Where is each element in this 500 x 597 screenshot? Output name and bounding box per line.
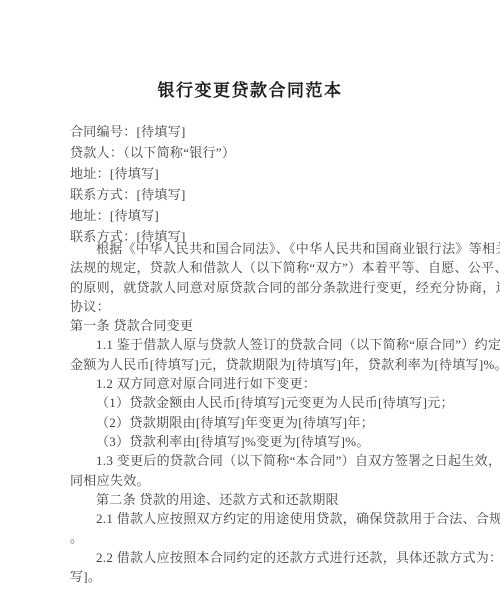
document-line: （3）贷款利率由[待填写]%变更为[待填写]%。 [70, 432, 438, 451]
document-title: 银行变更贷款合同范本 [0, 76, 500, 101]
document-line: （2）贷款期限由[待填写]年变更为[待填写]年； [70, 413, 438, 432]
document-line: 1.2 双方同意对原合同进行如下变更： [70, 374, 438, 393]
document-line: 2.1 借款人应按照双方约定的用途使用贷款，确保贷款用于合法、合规的支出 [70, 509, 438, 528]
document-line: 贷款人：（以下简称“银行”） [70, 142, 438, 163]
document-line: 法规的规定，贷款人和借款人（以下简称“双方”）本着平等、自愿、公平、诚信 [70, 258, 438, 277]
document-line: 金额为人民币[待填写]元，贷款期限为[待填写]年，贷款利率为[待填写]%。 [70, 355, 438, 374]
document-line: 合同编号：[待填写] [70, 121, 438, 142]
contract-header-block: 合同编号：[待填写]贷款人：（以下简称“银行”）地址：[待填写]联系方式：[待填… [70, 121, 438, 247]
document-line: 写]。 [70, 567, 438, 586]
document-line: 2.2 借款人应按照本合同约定的还款方式进行还款，具体还款方式为：[待填 [70, 548, 438, 567]
contract-body-block: 根据《中华人民共和国合同法》、《中华人民共和国商业银行法》等相关法律法规的规定，… [70, 239, 438, 586]
document-line: 协议： [70, 297, 438, 316]
document-line: 第二条 贷款的用途、还款方式和还款期限 [70, 490, 438, 509]
document-line: 1.1 鉴于借款人原与贷款人签订的贷款合同（以下简称“原合同”）约定贷款 [70, 335, 438, 354]
document-line: （1）贷款金额由人民币[待填写]元变更为人民币[待填写]元； [70, 393, 438, 412]
document-line: 1.3 变更后的贷款合同（以下简称“本合同”）自双方签署之日起生效，原合 [70, 451, 438, 470]
document-line: 联系方式：[待填写] [70, 184, 438, 205]
document-line: 的原则，就贷款人同意对原贷款合同的部分条款进行变更，经充分协商，达成如下 [70, 278, 438, 297]
document-page: 银行变更贷款合同范本 合同编号：[待填写]贷款人：（以下简称“银行”）地址：[待… [0, 0, 500, 597]
document-line: 地址：[待填写] [70, 163, 438, 184]
document-line: 地址：[待填写] [70, 205, 438, 226]
document-line: 同相应失效。 [70, 471, 438, 490]
document-line: 第一条 贷款合同变更 [70, 316, 438, 335]
document-line: 。 [70, 528, 438, 547]
document-line: 根据《中华人民共和国合同法》、《中华人民共和国商业银行法》等相关法律 [70, 239, 438, 258]
